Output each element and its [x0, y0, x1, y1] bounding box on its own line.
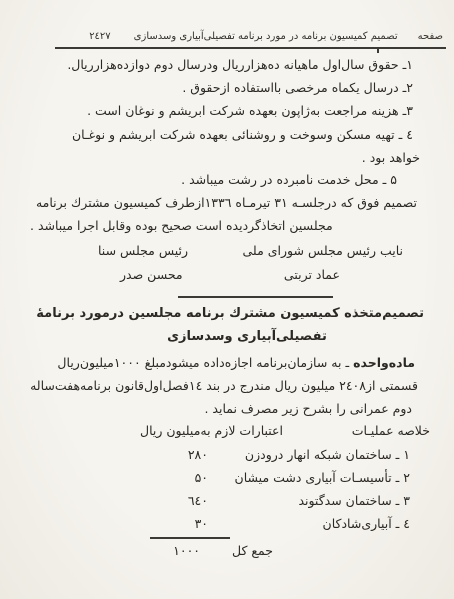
document-page: صفحه تصميم كميسيون برنامه در مورد برنامه…	[0, 0, 454, 599]
table-row-value-1: ٢٨٠	[150, 447, 208, 462]
table-row-label-3: ٣ ـ ساختمان سدگتوند	[298, 493, 410, 509]
page-header-title: تصميم كميسيون برنامه در مورد برنامه تفصي…	[134, 31, 398, 42]
page-number: ٢٤٢٧	[89, 31, 110, 42]
header-rule-tick	[377, 48, 379, 53]
ratification-line-2: مجلسين اتخاذگرديده است صحيح بوده وقابل ا…	[30, 218, 333, 234]
term-line-3: ٣ـ هزينه مراجعت به‌ژاپون بعهده شركت ابري…	[87, 103, 413, 119]
signature-left-title: رئيس مجلس سنا	[98, 243, 188, 258]
section-heading-line-2: تفصيلى‌آبيارى وسدسازى	[70, 329, 424, 344]
article-line-1: ماده‌واحده ـ به سازمان‌برنامه اجازه‌داده…	[57, 355, 415, 371]
section-divider	[178, 296, 333, 298]
table-row-label-4: ٤ ـ آبيارى‌شادكان	[323, 516, 410, 532]
table-row-label-2: ٢ ـ تأسيسـات آبيارى دشت ميشان	[235, 470, 410, 486]
table-header-credits: اعتبارات لازم به‌ميليون ريال	[140, 423, 283, 439]
term-line-4a: ٤ ـ تهيه مسكن وسوخت و روشنائى بعهده شركت…	[72, 127, 413, 143]
table-row-value-2: ۵٠	[150, 470, 208, 485]
total-rule	[150, 537, 230, 539]
term-line-1: ١ـ حقوق سال‌اول ماهيانه ده‌هزارريال ودرس…	[67, 57, 413, 73]
article-label: ماده‌واحده	[353, 355, 415, 370]
signature-right-name: عماد تربتى	[284, 267, 340, 282]
table-row-value-3: ٦٤٠	[150, 493, 208, 508]
header-rule	[55, 47, 446, 49]
term-line-4b: خواهد بود .	[362, 150, 420, 166]
table-row-label-1: ١ ـ ساختمان شبكه انهار درودزن	[245, 447, 410, 463]
term-line-5: ۵ ـ محل خدمت نامبرده در رشت ميباشد .	[181, 172, 397, 188]
page-header: صفحه تصميم كميسيون برنامه در مورد برنامه…	[89, 31, 443, 42]
signature-right-title: نايب رئيس مجلس شوراى ملى	[243, 243, 403, 258]
table-row-value-4: ٣٠	[150, 516, 208, 531]
signature-left-name: محسن صدر	[120, 267, 183, 282]
ratification-line-1: تصميم فوق كه درجلسـه ٣١ تيرمـاه ١٣٣٦ازطر…	[36, 195, 417, 211]
table-header-operations: خلاصه عمليـات	[352, 423, 430, 439]
section-heading-line-1: تصميم‌متخذه كميسيون مشترك برنامه مجلسين …	[70, 306, 424, 321]
page-label: صفحه	[418, 31, 443, 42]
article-line-3: دوم عمرانى را بشرح زير مصرف نمايد .	[204, 401, 412, 417]
term-line-2: ٢ـ درسال يكماه مرخصى بااستفاده ازحقوق .	[182, 80, 413, 96]
total-value: ١٠٠٠	[150, 543, 200, 558]
total-label: جمع كل	[232, 543, 273, 559]
article-line-1-rest: ـ به سازمان‌برنامه اجازه‌داده ميشودمبلغ …	[57, 355, 353, 370]
article-line-2: قسمتى از٢٤٠٨ ميليون ريال مندرج در بند ١٤…	[30, 378, 418, 394]
